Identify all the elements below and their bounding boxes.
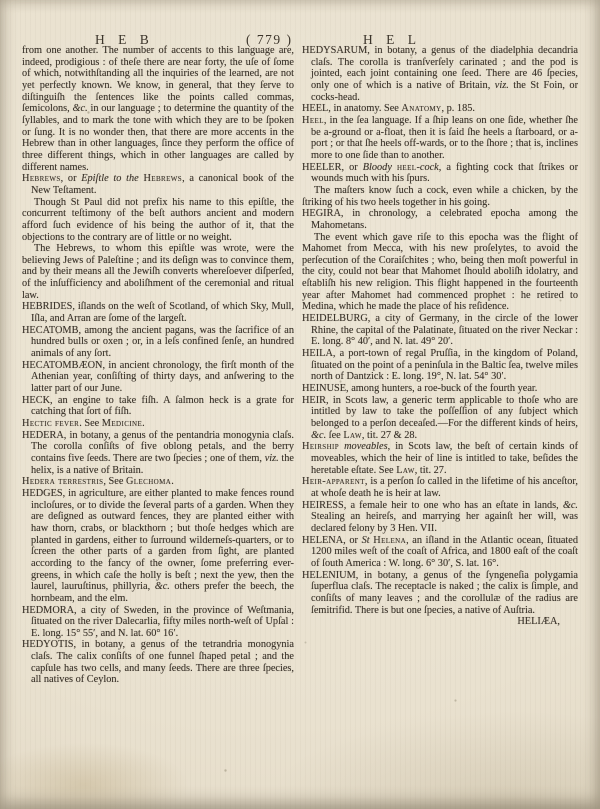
entry-paragraph: HEDYOTIS, in botany, a genus of the tetr… xyxy=(22,639,294,686)
entry-paragraph: HEIRESS, a female heir to one who has an… xyxy=(302,500,578,535)
entry-paragraph: HEEL, in anatomy. See Anatomy, p. 185. xyxy=(302,103,578,115)
entry-paragraph: HELENA, or St Helena, an iſland in the A… xyxy=(302,535,578,570)
entry-paragraph: HEILA, a port-town of regal Pruſſia, in … xyxy=(302,348,578,383)
entry-paragraph: HELENIUM, in botany, a genus of the ſyng… xyxy=(302,570,578,617)
entry-paragraph: HECATOMB, among the ancient pagans, was … xyxy=(22,325,294,360)
entry-paragraph: HEELER, or Bloody heel-cock, a fighting … xyxy=(302,162,578,185)
entry-paragraph: HEGIRA, in chronology, a celebrated epoc… xyxy=(302,208,578,231)
body-paragraph: The Hebrews, to whom this epiſtle was wr… xyxy=(22,243,294,301)
entry-paragraph: HEDMORA, a city of Sweden, in the provin… xyxy=(22,605,294,640)
entry-paragraph: HEDGES, in agriculture, are either plant… xyxy=(22,488,294,605)
entry-paragraph: from one another. The number of accents … xyxy=(22,45,294,173)
entry-paragraph: Hedera terrestris, See Glechoma. xyxy=(22,476,294,488)
text-column-left: from one another. The number of accents … xyxy=(22,45,294,686)
body-paragraph: The event which gave riſe to this epocha… xyxy=(302,232,578,314)
body-paragraph: Though St Paul did not prefix his name t… xyxy=(22,197,294,244)
entry-paragraph: HECK, an engine to take fiſh. A ſalmon h… xyxy=(22,395,294,418)
entry-paragraph: HEDYSARUM, in botany, a genus of the dia… xyxy=(302,45,578,103)
entry-paragraph: Heel, in the ſea language. If a ſhip lea… xyxy=(302,115,578,162)
entry-paragraph: Heir-apparent, is a perſon ſo called in … xyxy=(302,476,578,499)
paper-specks xyxy=(0,0,1,1)
entry-paragraph: Hectic fever. See Medicine. xyxy=(22,418,294,430)
body-paragraph: The maſters know ſuch a cock, even while… xyxy=(302,185,578,208)
entry-paragraph: Hebrews, or Epiſtle to the Hebrews, a ca… xyxy=(22,173,294,196)
entry-paragraph: Heirship moveables, in Scots law, the be… xyxy=(302,441,578,476)
entry-paragraph: HEIR, in Scots law, a generic term appli… xyxy=(302,395,578,442)
text-columns: from one another. The number of accents … xyxy=(22,45,578,686)
text-column-right: HEDYSARUM, in botany, a genus of the dia… xyxy=(302,45,578,628)
entry-paragraph: HECATOMBÆON, in ancient chronology, the … xyxy=(22,360,294,395)
book-page: H E B ( 779 ) H E L from one another. Th… xyxy=(0,0,600,809)
catchword: HELIÆA, xyxy=(302,616,578,628)
entry-paragraph: HEBRIDES, iſlands on the weſt of Scotlan… xyxy=(22,301,294,324)
entry-paragraph: HEINUSE, among hunters, a roe-buck of th… xyxy=(302,383,578,395)
entry-paragraph: HEDERA, in botany, a genus of the pentan… xyxy=(22,430,294,477)
entry-paragraph: HEIDELBURG, a city of Germany, in the ci… xyxy=(302,313,578,348)
